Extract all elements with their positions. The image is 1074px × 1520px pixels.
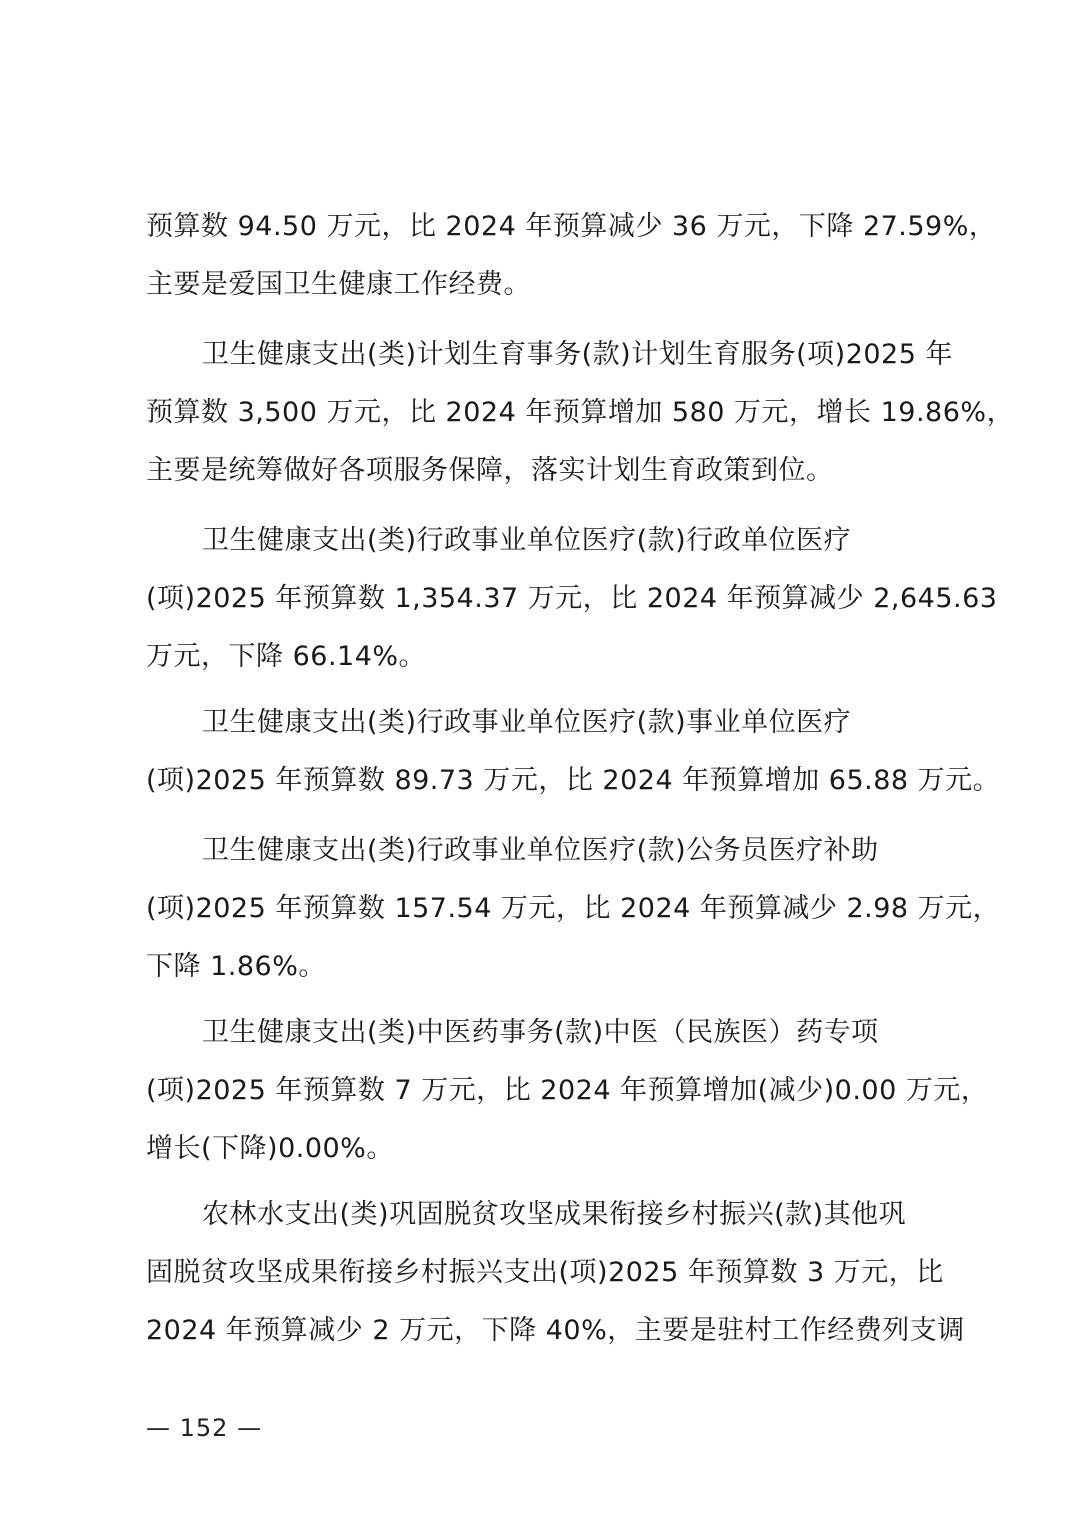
text-line: 下降 1.86%。 (146, 947, 326, 987)
text-line: 农林水支出(类)巩固脱贫攻坚成果衔接乡村振兴(款)其他巩 (202, 1195, 906, 1235)
text-line: 卫生健康支出(类)行政事业单位医疗(款)公务员医疗补助 (202, 831, 879, 871)
text-line: 卫生健康支出(类)计划生育事务(款)计划生育服务(项)2025 年 (202, 335, 953, 375)
text-line: (项)2025 年预算数 157.54 万元，比 2024 年预算减少 2.98… (146, 889, 1000, 929)
text-line: 预算数 3,500 万元，比 2024 年预算增加 580 万元，增长 19.8… (146, 393, 1014, 433)
text-line: 主要是统筹做好各项服务保障，落实计划生育政策到位。 (146, 451, 834, 491)
text-line: (项)2025 年预算数 89.73 万元，比 2024 年预算增加 65.88… (146, 761, 1000, 801)
text-line: 固脱贫攻坚成果衔接乡村振兴支出(项)2025 年预算数 3 万元，比 (146, 1253, 944, 1293)
text-line: 预算数 94.50 万元，比 2024 年预算减少 36 万元，下降 27.59… (146, 207, 996, 247)
text-line: (项)2025 年预算数 7 万元，比 2024 年预算增加(减少)0.00 万… (146, 1071, 988, 1111)
text-line: 增长(下降)0.00%。 (146, 1129, 394, 1169)
text-line: 卫生健康支出(类)行政事业单位医疗(款)事业单位医疗 (202, 703, 851, 743)
text-line: 卫生健康支出(类)中医药事务(款)中医（民族医）药专项 (202, 1013, 879, 1053)
text-line: 主要是爱国卫生健康工作经费。 (146, 265, 531, 305)
text-line: (项)2025 年预算数 1,354.37 万元，比 2024 年预算减少 2,… (146, 579, 997, 619)
text-line: 2024 年预算减少 2 万元，下降 40%，主要是驻村工作经费列支调 (146, 1311, 965, 1351)
page-number: — 152 — (146, 1410, 262, 1446)
text-line: 万元，下降 66.14%。 (146, 637, 426, 677)
text-line: 卫生健康支出(类)行政事业单位医疗(款)行政单位医疗 (202, 521, 851, 561)
